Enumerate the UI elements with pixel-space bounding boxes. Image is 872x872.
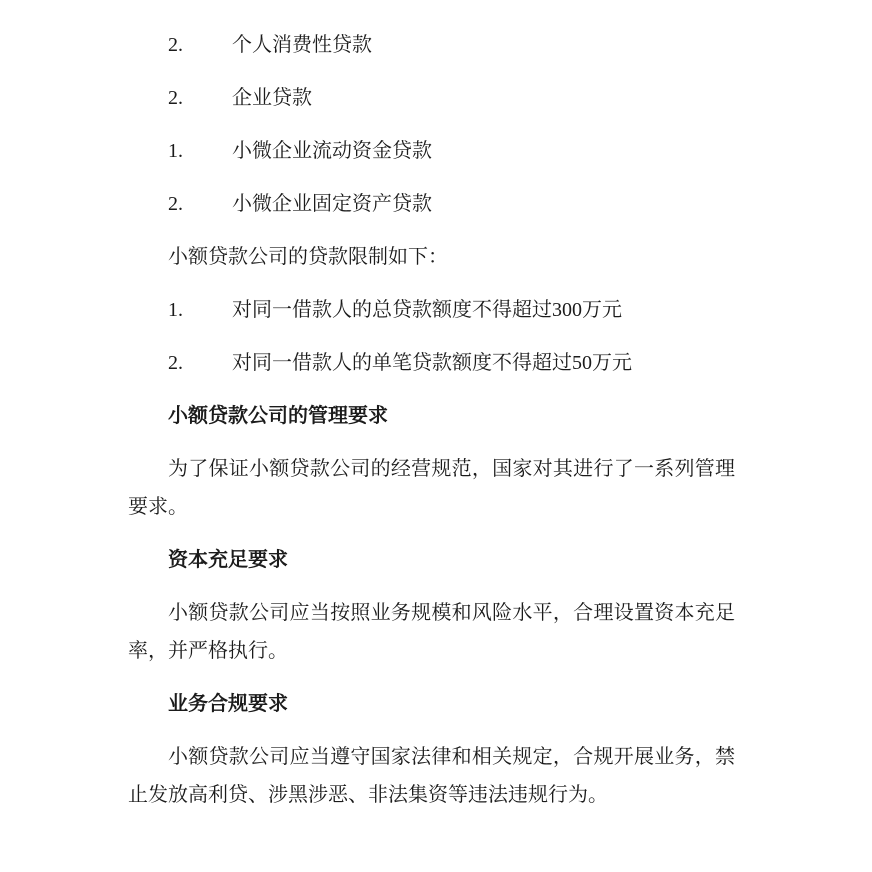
list-item: 2. 小微企业固定资产贷款 xyxy=(128,185,735,223)
section-paragraph: 为了保证小额贷款公司的经营规范，国家对其进行了一系列管理要求。 xyxy=(128,450,735,526)
list-item-text: 小微企业流动资金贷款 xyxy=(232,132,735,170)
section-heading-capital-adequacy: 资本充足要求 xyxy=(128,541,735,579)
list-item-number: 2. xyxy=(168,79,232,117)
list-item-text: 个人消费性贷款 xyxy=(232,26,735,64)
section-heading-management-requirements: 小额贷款公司的管理要求 xyxy=(128,397,735,435)
list-item-text: 对同一借款人的单笔贷款额度不得超过50万元 xyxy=(232,344,735,382)
list-item-number: 2. xyxy=(168,26,232,64)
list-item-text: 企业贷款 xyxy=(232,79,735,117)
section-heading-business-compliance: 业务合规要求 xyxy=(128,685,735,723)
list-item-number: 1. xyxy=(168,291,232,329)
list-item-text: 对同一借款人的总贷款额度不得超过300万元 xyxy=(232,291,735,329)
list-item: 1. 小微企业流动资金贷款 xyxy=(128,132,735,170)
list-item-number: 2. xyxy=(168,185,232,223)
section-paragraph: 小额贷款公司应当遵守国家法律和相关规定，合规开展业务，禁止发放高利贷、涉黑涉恶、… xyxy=(128,738,735,814)
list-item-number: 1. xyxy=(168,132,232,170)
loan-limits-intro: 小额贷款公司的贷款限制如下： xyxy=(128,238,735,276)
list-item-text: 小微企业固定资产贷款 xyxy=(232,185,735,223)
section-paragraph: 小额贷款公司应当按照业务规模和风险水平，合理设置资本充足率，并严格执行。 xyxy=(128,594,735,670)
list-item: 2. 个人消费性贷款 xyxy=(128,26,735,64)
document-body: 2. 个人消费性贷款 2. 企业贷款 1. 小微企业流动资金贷款 2. 小微企业… xyxy=(128,26,735,814)
list-item: 2. 对同一借款人的单笔贷款额度不得超过50万元 xyxy=(128,344,735,382)
list-item: 1. 对同一借款人的总贷款额度不得超过300万元 xyxy=(128,291,735,329)
document-page: 2. 个人消费性贷款 2. 企业贷款 1. 小微企业流动资金贷款 2. 小微企业… xyxy=(0,0,872,872)
list-item-number: 2. xyxy=(168,344,232,382)
list-item: 2. 企业贷款 xyxy=(128,79,735,117)
